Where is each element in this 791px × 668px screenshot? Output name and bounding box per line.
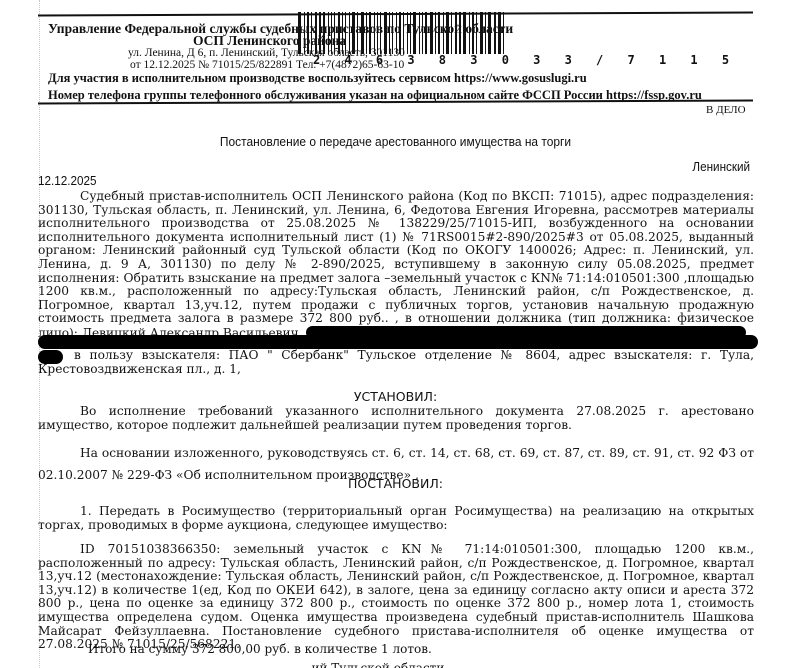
section-established-heading: УСТАНОВИЛ: xyxy=(0,389,791,404)
barcode-bar xyxy=(377,12,378,54)
property-paragraph: ID 70151038366350: земельный участок с К… xyxy=(38,543,754,652)
barcode-bar xyxy=(389,12,390,54)
cut-off-line: ...ий Тульской области xyxy=(300,661,444,668)
barcode-bar xyxy=(384,12,387,54)
barcode-bar xyxy=(459,12,461,54)
barcode-bar xyxy=(323,12,325,54)
barcode-bar xyxy=(331,12,332,54)
barcode-bar xyxy=(357,12,358,54)
barcode-bar xyxy=(307,12,309,54)
barcode-bar xyxy=(304,12,305,54)
barcode-bar xyxy=(399,12,401,54)
barcode-bar xyxy=(328,12,329,54)
barcode-number: 2 4 6 3 8 3 0 3 3 / 7 1 1 5 xyxy=(313,53,738,67)
barcode-bar xyxy=(315,12,317,54)
barcode-bar xyxy=(366,12,367,54)
barcode-bar xyxy=(419,12,420,54)
barcode-bar xyxy=(338,12,340,54)
barcode-bar xyxy=(422,12,423,54)
barcode-bar xyxy=(410,12,411,54)
barcode-bar xyxy=(498,12,501,54)
barcode-bar xyxy=(435,12,436,54)
barcode-bar xyxy=(403,12,404,54)
barcode-bar xyxy=(438,12,440,54)
barcode-bar xyxy=(463,12,466,54)
barcode-bar xyxy=(345,12,346,54)
barcode-bar xyxy=(451,12,452,54)
barcode-bar xyxy=(455,12,457,54)
section-resolved-heading: ПОСТАНОВИЛ: xyxy=(0,476,791,491)
barcode-bar xyxy=(298,12,301,54)
barcode-icon xyxy=(298,12,543,54)
total-line: Итого на сумму 372 800,00 руб. в количес… xyxy=(88,642,432,656)
barcode-bar xyxy=(369,12,371,54)
barcode-bar xyxy=(361,12,364,54)
intro-text: Судебный пристав-исполнитель ОСП Ленинск… xyxy=(38,189,754,340)
letterhead: Управление Федеральной службы судебных п… xyxy=(38,13,753,103)
property-text: ID 70151038366350: земельный участок с К… xyxy=(38,543,754,652)
barcode-bar xyxy=(503,12,504,54)
item1-paragraph: 1. Передать в Росимущество (территориаль… xyxy=(38,505,754,532)
barcode-bar xyxy=(425,12,427,54)
barcode-bar xyxy=(392,12,393,54)
file-stamp: В ДЕЛО xyxy=(706,104,746,116)
claimant-paragraph: в пользу взыскателя: ПАО " Сбербанк" Тул… xyxy=(38,348,754,376)
barcode-bar xyxy=(407,12,408,54)
redaction-bar xyxy=(38,335,758,349)
barcode-bar xyxy=(476,12,477,54)
barcode-bar xyxy=(349,12,350,54)
barcode-bar xyxy=(374,12,375,54)
barcode-bar xyxy=(480,12,483,54)
document-date: 12.12.2025 xyxy=(38,173,97,188)
barcode-bar xyxy=(485,12,486,54)
barcode-bar xyxy=(311,12,312,54)
document-place: Ленинский xyxy=(692,159,750,174)
barcode-bar xyxy=(446,12,449,54)
barcode-bar xyxy=(469,12,470,54)
item1-text: 1. Передать в Росимущество (территориаль… xyxy=(38,505,754,532)
barcode-bar xyxy=(430,12,433,54)
barcode-bar xyxy=(334,12,335,54)
barcode-bar xyxy=(472,12,474,54)
barcode-bar xyxy=(380,12,381,54)
barcode-bar xyxy=(342,12,343,54)
established-text: Во исполнение требований указанного испо… xyxy=(38,405,754,432)
claimant-text: в пользу взыскателя: ПАО " Сбербанк" Тул… xyxy=(38,348,754,376)
barcode-bar xyxy=(488,12,491,54)
barcode-bar xyxy=(443,12,444,54)
barcode-bar xyxy=(319,12,321,54)
established-paragraph: Во исполнение требований указанного испо… xyxy=(38,405,754,432)
intro-paragraph: Судебный пристав-исполнитель ОСП Ленинск… xyxy=(38,190,754,341)
barcode-bar xyxy=(413,12,416,54)
barcode-bar xyxy=(352,12,355,54)
barcode-bar xyxy=(396,12,397,54)
gosuslugi-notice: Для участия в исполнительном производств… xyxy=(48,71,587,86)
barcode-bar xyxy=(494,12,496,54)
document-title: Постановление о передаче арестованного и… xyxy=(32,134,760,149)
